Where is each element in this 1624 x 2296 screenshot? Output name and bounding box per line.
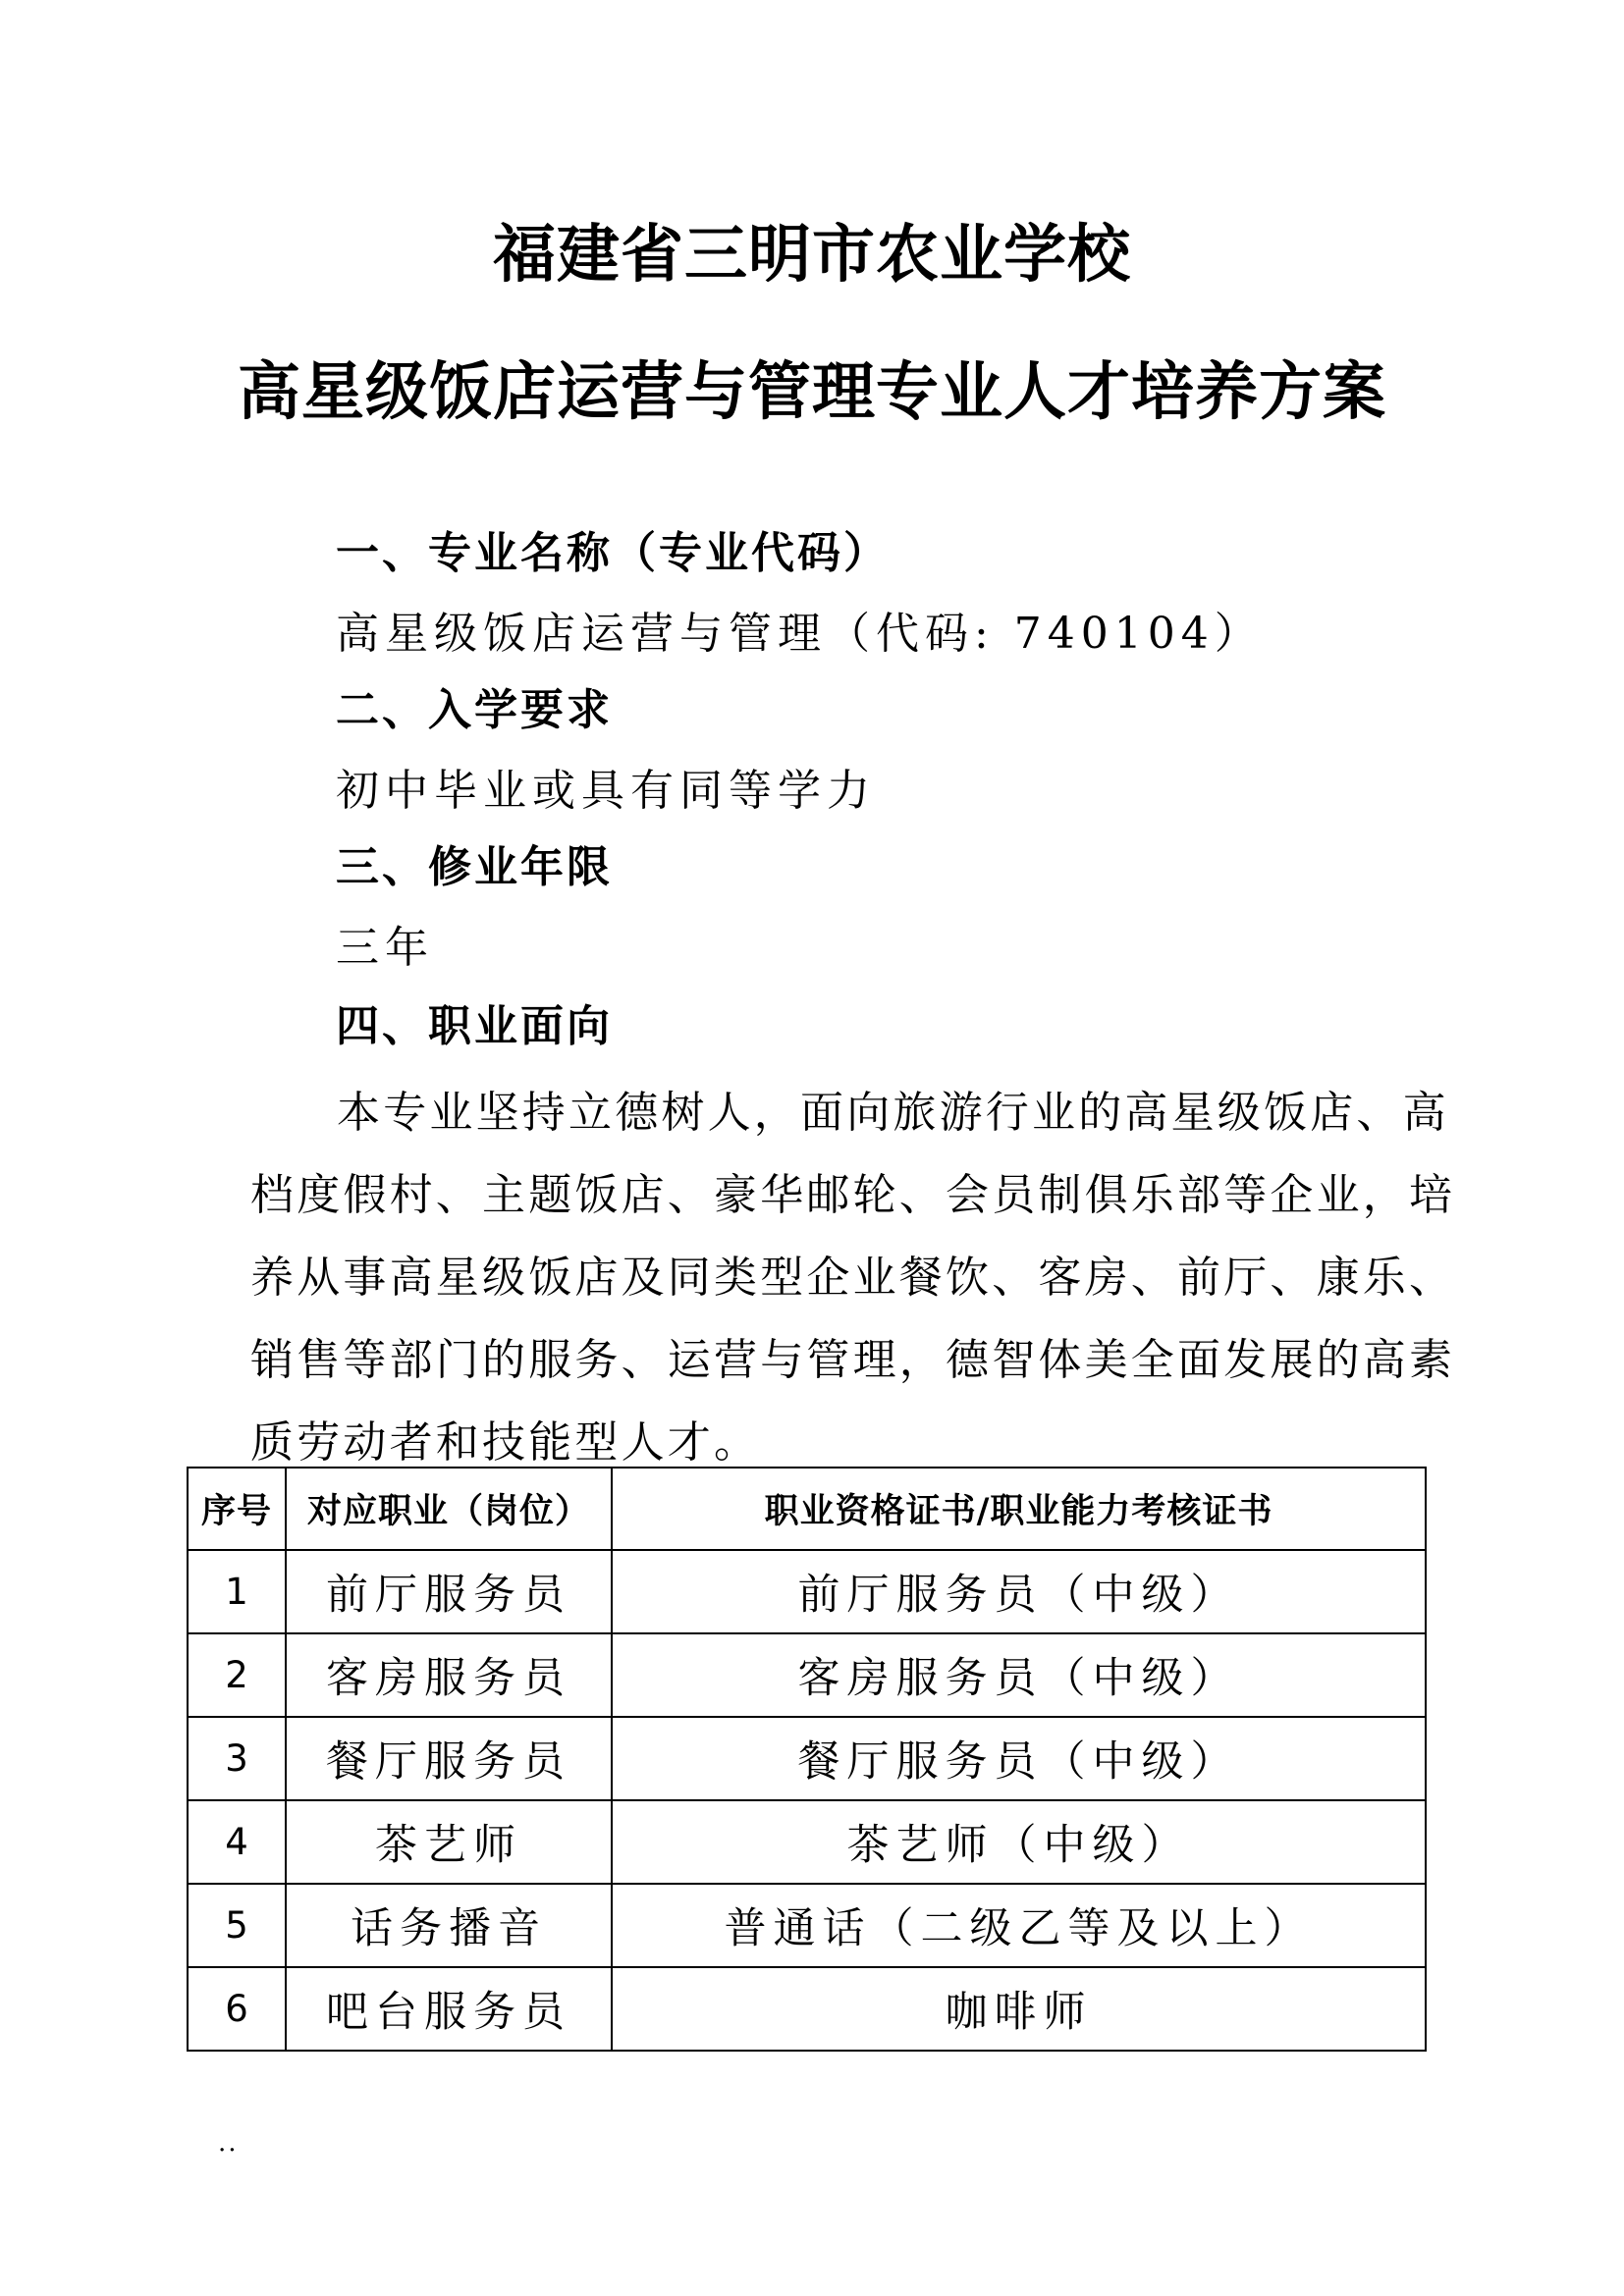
table-cell-job: 餐厅服务员 [286,1717,612,1800]
table-cell-num: 2 [188,1633,286,1717]
paragraph-line: 销售等部门的服务、运营与管理，德智体美全面发展的高素 [250,1335,1455,1387]
table-cell-num: 3 [188,1717,286,1800]
section-heading-4: 四、职业面向 [336,999,613,1053]
table-header-job: 对应职业（岗位） [286,1468,612,1550]
table-row: 5话务播音普通话（二级乙等及以上） [188,1884,1426,1967]
section-body-3: 三年 [336,921,434,975]
table-cell-num: 5 [188,1884,286,1967]
table-row: 2客房服务员客房服务员（中级） [188,1633,1426,1717]
doc-title-line2: 高星级饭店运营与管理专业人才培养方案 [0,351,1624,433]
table-cell-cert: 餐厅服务员（中级） [612,1717,1426,1800]
table-row: 6吧台服务员咖啡师 [188,1967,1426,2051]
table-cell-job: 客房服务员 [286,1633,612,1717]
section-body-2: 初中毕业或具有同等学力 [336,764,876,818]
section-heading-3: 三、修业年限 [336,840,613,894]
doc-title-line1: 福建省三明市农业学校 [0,214,1624,295]
paragraph-line: 本专业坚持立德树人，面向旅游行业的高星级饭店、高 [337,1088,1449,1140]
table-header-num: 序号 [188,1468,286,1550]
table-row: 1前厅服务员前厅服务员（中级） [188,1550,1426,1633]
jobs-certificates-table: 序号 对应职业（岗位） 职业资格证书/职业能力考核证书 1前厅服务员前厅服务员（… [187,1467,1427,2052]
document-page: 福建省三明市农业学校 高星级饭店运营与管理专业人才培养方案 一、专业名称（专业代… [0,0,1624,2296]
table-cell-cert: 茶艺师（中级） [612,1800,1426,1884]
table-cell-job: 前厅服务员 [286,1550,612,1633]
table-cell-cert: 客房服务员（中级） [612,1633,1426,1717]
table-row: 4茶艺师茶艺师（中级） [188,1800,1426,1884]
paragraph-line: 质劳动者和技能型人才。 [250,1417,760,1469]
table-cell-cert: 前厅服务员（中级） [612,1550,1426,1633]
footer-mark: .. [218,2128,239,2158]
table-header-row: 序号 对应职业（岗位） 职业资格证书/职业能力考核证书 [188,1468,1426,1550]
table-cell-job: 吧台服务员 [286,1967,612,2051]
section-body-1: 高星级饭店运营与管理（代码: 740104） [336,607,1264,661]
paragraph-line: 档度假村、主题饭店、豪华邮轮、会员制俱乐部等企业，培 [250,1170,1455,1222]
paragraph-line: 养从事高星级饭店及同类型企业餐饮、客房、前厅、康乐、 [250,1253,1455,1305]
table-cell-num: 4 [188,1800,286,1884]
table-row: 3餐厅服务员餐厅服务员（中级） [188,1717,1426,1800]
section-heading-2: 二、入学要求 [336,683,613,737]
table-cell-job: 茶艺师 [286,1800,612,1884]
table-cell-job: 话务播音 [286,1884,612,1967]
table-cell-num: 6 [188,1967,286,2051]
table-cell-cert: 咖啡师 [612,1967,1426,2051]
table-cell-cert: 普通话（二级乙等及以上） [612,1884,1426,1967]
table-cell-num: 1 [188,1550,286,1633]
section-heading-1: 一、专业名称（专业代码） [336,526,890,580]
table-header-cert: 职业资格证书/职业能力考核证书 [612,1468,1426,1550]
